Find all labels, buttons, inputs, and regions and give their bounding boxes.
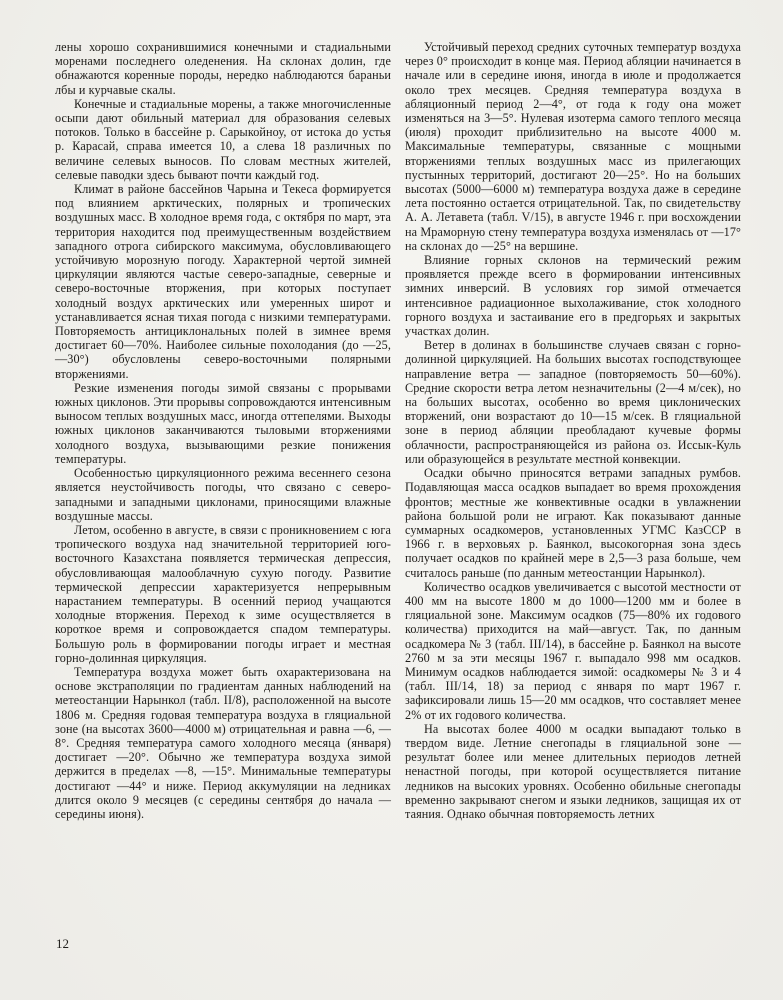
paragraph: На высотах более 4000 м осадки выпадают … bbox=[405, 722, 741, 821]
paragraph: Устойчивый переход средних суточных темп… bbox=[405, 40, 741, 253]
paragraph: Климат в районе бассейнов Чарына и Текес… bbox=[55, 182, 391, 381]
paragraph: Резкие изменения погоды зимой связаны с … bbox=[55, 381, 391, 466]
paragraph: Количество осадков увеличивается с высот… bbox=[405, 580, 741, 722]
paragraph: Летом, особенно в августе, в связи с про… bbox=[55, 523, 391, 665]
page-number: 12 bbox=[56, 936, 69, 952]
left-column: лены хорошо сохранившимися конечными и с… bbox=[55, 40, 391, 821]
paragraph: Температура воздуха может быть охарактер… bbox=[55, 665, 391, 821]
document-page: лены хорошо сохранившимися конечными и с… bbox=[0, 0, 783, 1000]
paragraph: лены хорошо сохранившимися конечными и с… bbox=[55, 40, 391, 97]
paragraph: Конечные и стадиальные морены, а также м… bbox=[55, 97, 391, 182]
paragraph: Ветер в долинах в большинстве случаев св… bbox=[405, 338, 741, 466]
right-column: Устойчивый переход средних суточных темп… bbox=[405, 40, 741, 821]
paragraph: Осадки обычно приносятся ветрами западны… bbox=[405, 466, 741, 580]
paragraph: Влияние горных склонов на термический ре… bbox=[405, 253, 741, 338]
text-columns: лены хорошо сохранившимися конечными и с… bbox=[55, 40, 742, 821]
paragraph: Особенностью циркуляционного режима весе… bbox=[55, 466, 391, 523]
